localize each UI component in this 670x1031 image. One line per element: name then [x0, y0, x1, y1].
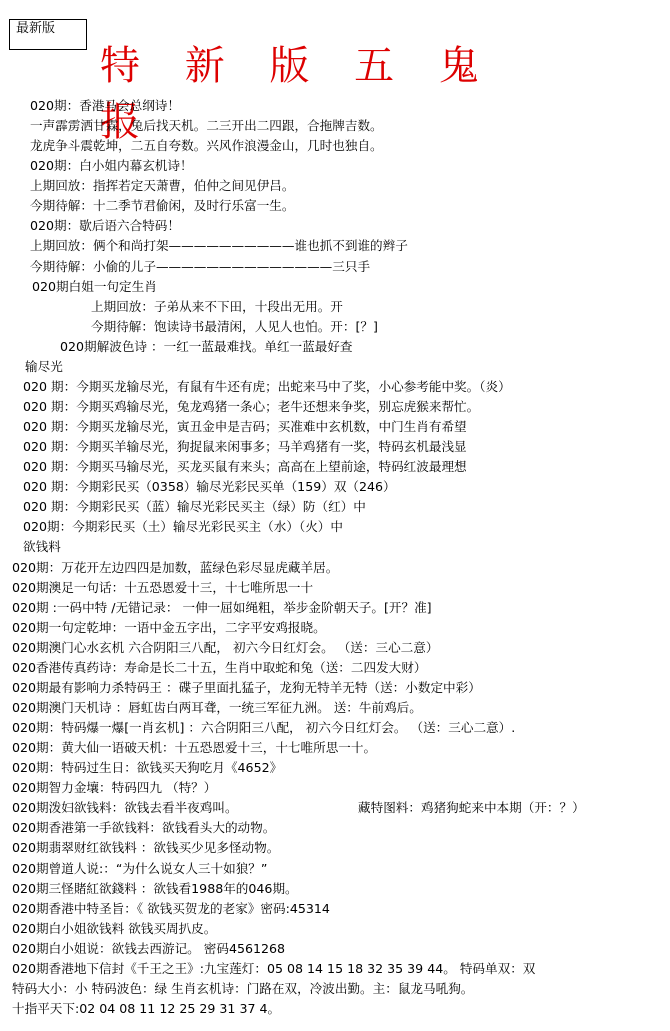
text-line-extra: 藏特图料：鸡猪狗蛇来中本期（开：？）	[358, 799, 585, 818]
text-line: 020期白小姐说：欲钱去西游记。 密码4561268	[12, 940, 285, 959]
text-line: 上期回放：俩个和尚打架——————————谁也抓不到谁的辫子	[30, 237, 408, 256]
text-line: 020期智力金壤：特码四九 （特？）	[12, 779, 216, 798]
text-line: 020期 :一码中特 /无错记录： 一伸一屈如绳粗，举步金阶朝天子。[开？准]	[12, 599, 432, 618]
text-line: 020期解波色诗 ：一红一蓝最难找。单红一蓝最好查	[60, 338, 353, 357]
text-line: 020期：今期彩民买（土）输尽光彩民买主（水）（火）中	[23, 518, 343, 537]
text-line: 020 期：今期买马输尽光，买龙买鼠有来头；高高在上望前途，特码红波最理想	[23, 458, 467, 477]
text-line: 020 期：今期买鸡输尽光，兔龙鸡猪一条心；老牛还想来争奖，别忘虎猴来帮忙。	[23, 398, 479, 417]
text-line: 020期：黄大仙一语破天机：十五恐恩爱十三，十七唯所思一十。	[12, 739, 376, 758]
text-line: 020期三怪賭紅欲錢料 ：欲钱看1988年的046期。	[12, 880, 298, 899]
text-line: 020期香港第一手欲钱料：欲钱看头大的动物。	[12, 819, 275, 838]
text-line: 020期翡翠财红欲钱料 ：欲钱买少见多怪动物。	[12, 839, 279, 858]
text-line: 020期：香港马会总纲诗！	[30, 97, 180, 116]
text-line: 020 期：今期买羊输尽光，狗捉鼠来闲事多；马羊鸡猪有一奖，特码玄机最浅显	[23, 438, 467, 457]
text-line: 020 期：今期彩民买（0358）输尽光彩民买单（159）双（246）	[23, 478, 396, 497]
text-line: 今期待解：饱读诗书最清闲，人见人也怕。开：[？]	[91, 318, 378, 337]
text-line: 020期：白小姐内幕玄机诗！	[30, 157, 193, 176]
text-line: 020期：特码爆一爆[一肖玄机] ：六合阴阳三八配， 初六今日红灯会。 （送：三…	[12, 719, 515, 738]
text-line: 020期白小姐欲钱料 欲钱买周扒皮。	[12, 920, 216, 939]
text-line: 020期一句定乾坤：一语中金五字出，二字平安鸡报晓。	[12, 619, 326, 638]
text-line: 020期：歇后语六合特码！	[30, 217, 180, 236]
page-title: 特 新 版 五 鬼 报	[100, 38, 520, 94]
text-line: 020期曾道人说:：“为什么说女人三十如狼？”	[12, 860, 267, 879]
footer-line: 十指平天下:02 04 08 11 12 25 29 31 37 4。	[12, 1000, 280, 1019]
text-line: 020期澳门天机诗 ：唇虹齿白两耳聋，一统三军征九洲。 送：牛前鸡后。	[12, 699, 422, 718]
text-line: 020期白姐一句定生肖	[32, 278, 157, 297]
text-line: 020 期：今期买龙输尽光，有鼠有牛还有虎；出蛇来马中了奖，小心参考能中奖。（炎…	[23, 378, 511, 397]
text-line: 上期回放：子弟从来不下田，十段出无用。开	[91, 298, 343, 317]
text-line: 龙虎争斗震乾坤，二五自夸数。兴风作浪漫金山，几时也独自。	[30, 137, 383, 156]
latest-version-badge: 最新版	[9, 19, 87, 50]
text-line: 020期澳门心水玄机 六合阴阳三八配， 初六今日红灯会。 （送：三心二意）	[12, 639, 438, 658]
text-line: 020 期：今期买龙输尽光，寅丑金申是吉码；买准难中玄机数，中门生肖有希望	[23, 418, 467, 437]
text-line: 020香港传真药诗：寿命是长二十五，生肖中取蛇和兔（送：二四发大财）	[12, 659, 426, 678]
text-line: 020期香港地下信封《千王之王》:九宝莲灯：05 08 14 15 18 32 …	[12, 960, 535, 979]
text-line: 一声霹雳洒甘霖，兔后找天机。二三开出二四跟，合拖牌吉数。	[30, 117, 383, 136]
text-line: 020期澳足一句话：十五恐恩爱十三，十七唯所思一十	[12, 579, 313, 598]
text-line: 今期待解：小偷的儿子——————————————三只手	[30, 258, 370, 277]
text-line: 020期香港中特圣旨：《 欲钱买贺龙的老家》密码:45314	[12, 900, 330, 919]
text-line: 020期泼妇欲钱料：欲钱去看半夜鸡叫。	[12, 799, 238, 818]
text-line: 欲钱料	[23, 538, 61, 557]
text-line: 020 期：今期彩民买（蓝）输尽光彩民买主（绿）防（红）中	[23, 498, 366, 517]
text-line: 020期最有影响力杀特码王 ：碟子里面扎猛子，龙狗无特羊无特（送：小数定中彩）	[12, 679, 481, 698]
text-line: 020期：万花开左边四四是加数，蓝绿色彩尽显虎藏羊居。	[12, 559, 338, 578]
text-line: 020期：特码过生日：欲钱买天狗吃月《4652》	[12, 759, 282, 778]
text-line: 输尽光	[25, 358, 63, 377]
text-line: 上期回放：指挥若定天萧曹，伯仲之间见伊吕。	[30, 177, 294, 196]
badge-label: 最新版	[16, 21, 55, 36]
text-line: 今期待解：十二季节君偷闲，及时行乐富一生。	[30, 197, 294, 216]
text-line: 特码大小：小 特码波色：绿 生肖玄机诗：门路在双，冷波出勤。主：鼠龙马吼狗。	[12, 980, 473, 999]
